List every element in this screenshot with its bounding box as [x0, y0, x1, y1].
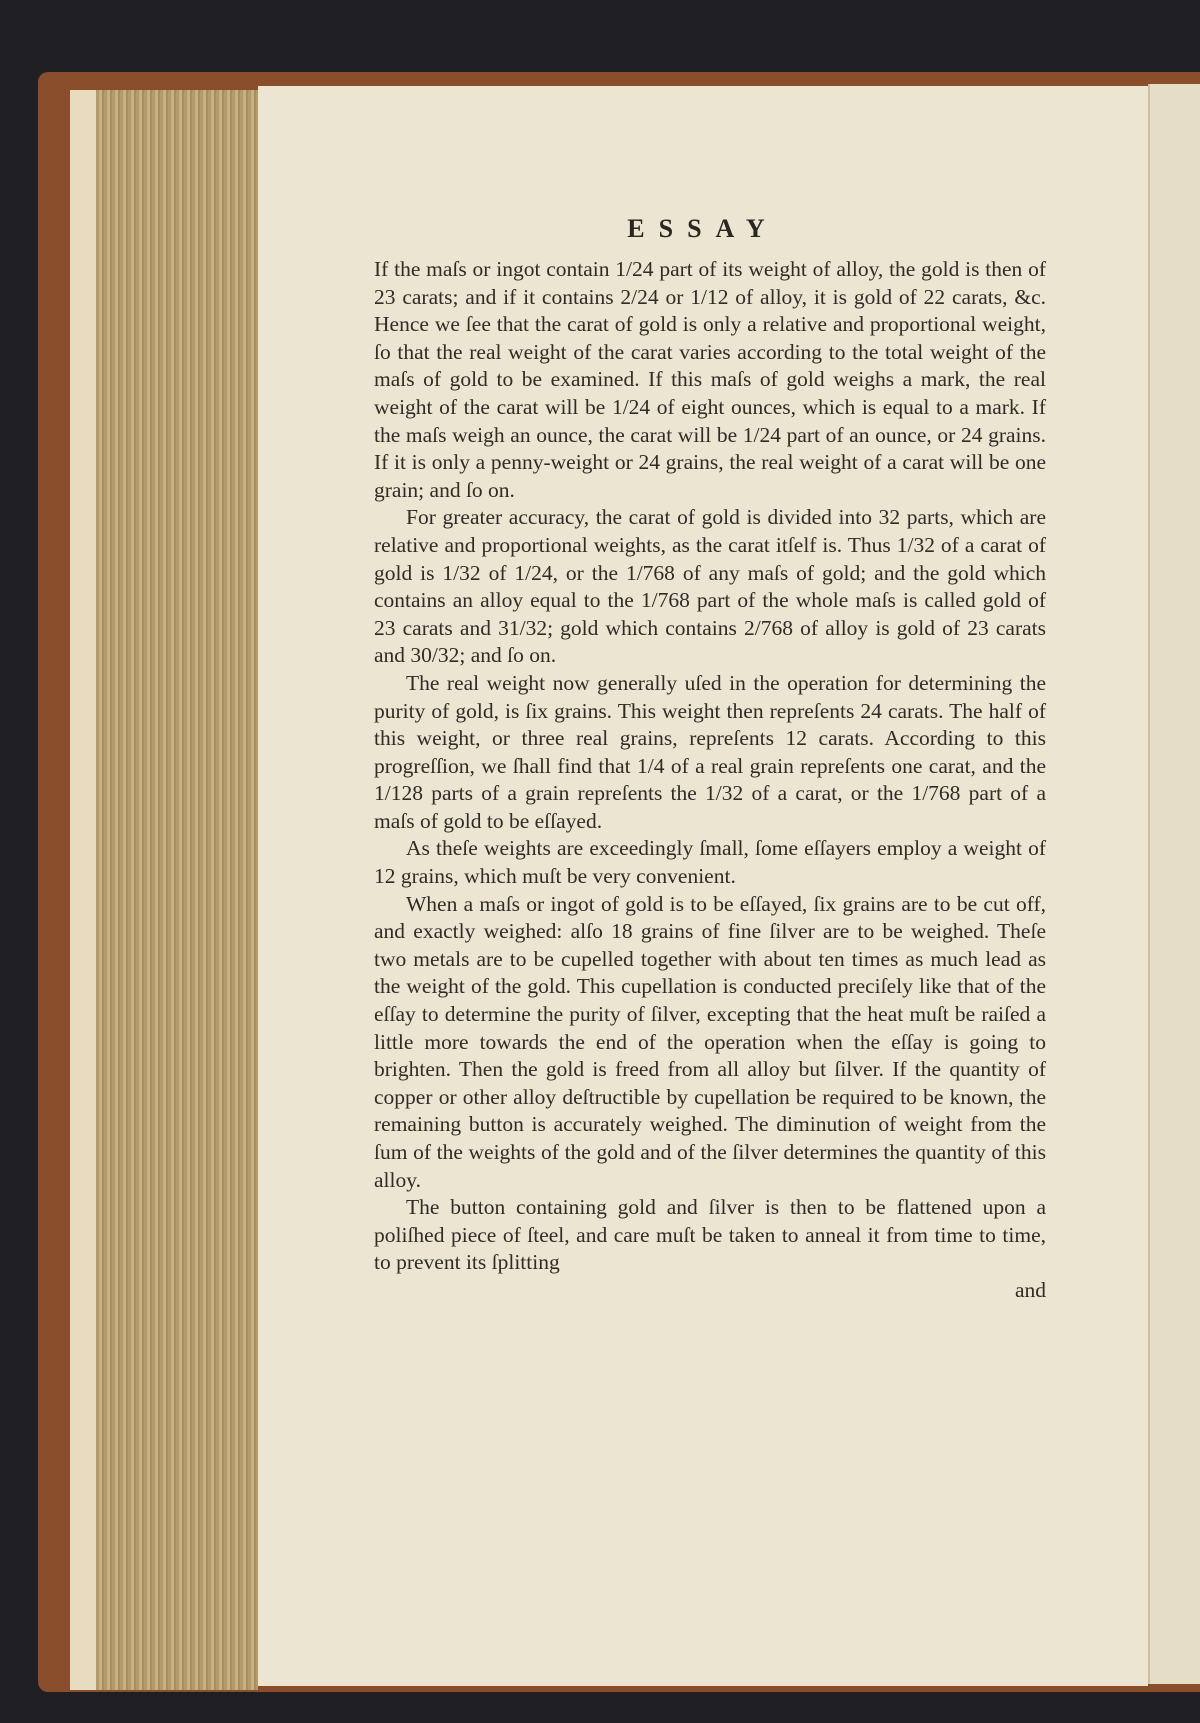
page-block-edges	[96, 90, 258, 1690]
paragraph: The button containing gold and ſilver is…	[374, 1194, 1046, 1277]
facing-page	[1148, 84, 1200, 1684]
paragraph: As theſe weights are exceedingly ſmall, …	[374, 835, 1046, 890]
book-page: ESSAY If the maſs or ingot contain 1/24 …	[258, 86, 1148, 1686]
paragraph: If the maſs or ingot contain 1/24 part o…	[374, 256, 1046, 504]
paragraph: When a maſs or ingot of gold is to be eſ…	[374, 891, 1046, 1195]
catchword: and	[374, 1277, 1046, 1305]
paragraph: For greater accuracy, the carat of gold …	[374, 504, 1046, 670]
body-text: If the maſs or ingot contain 1/24 part o…	[374, 256, 1046, 1305]
running-head: ESSAY	[258, 214, 1148, 244]
paragraph: The real weight now generally uſed in th…	[374, 670, 1046, 836]
